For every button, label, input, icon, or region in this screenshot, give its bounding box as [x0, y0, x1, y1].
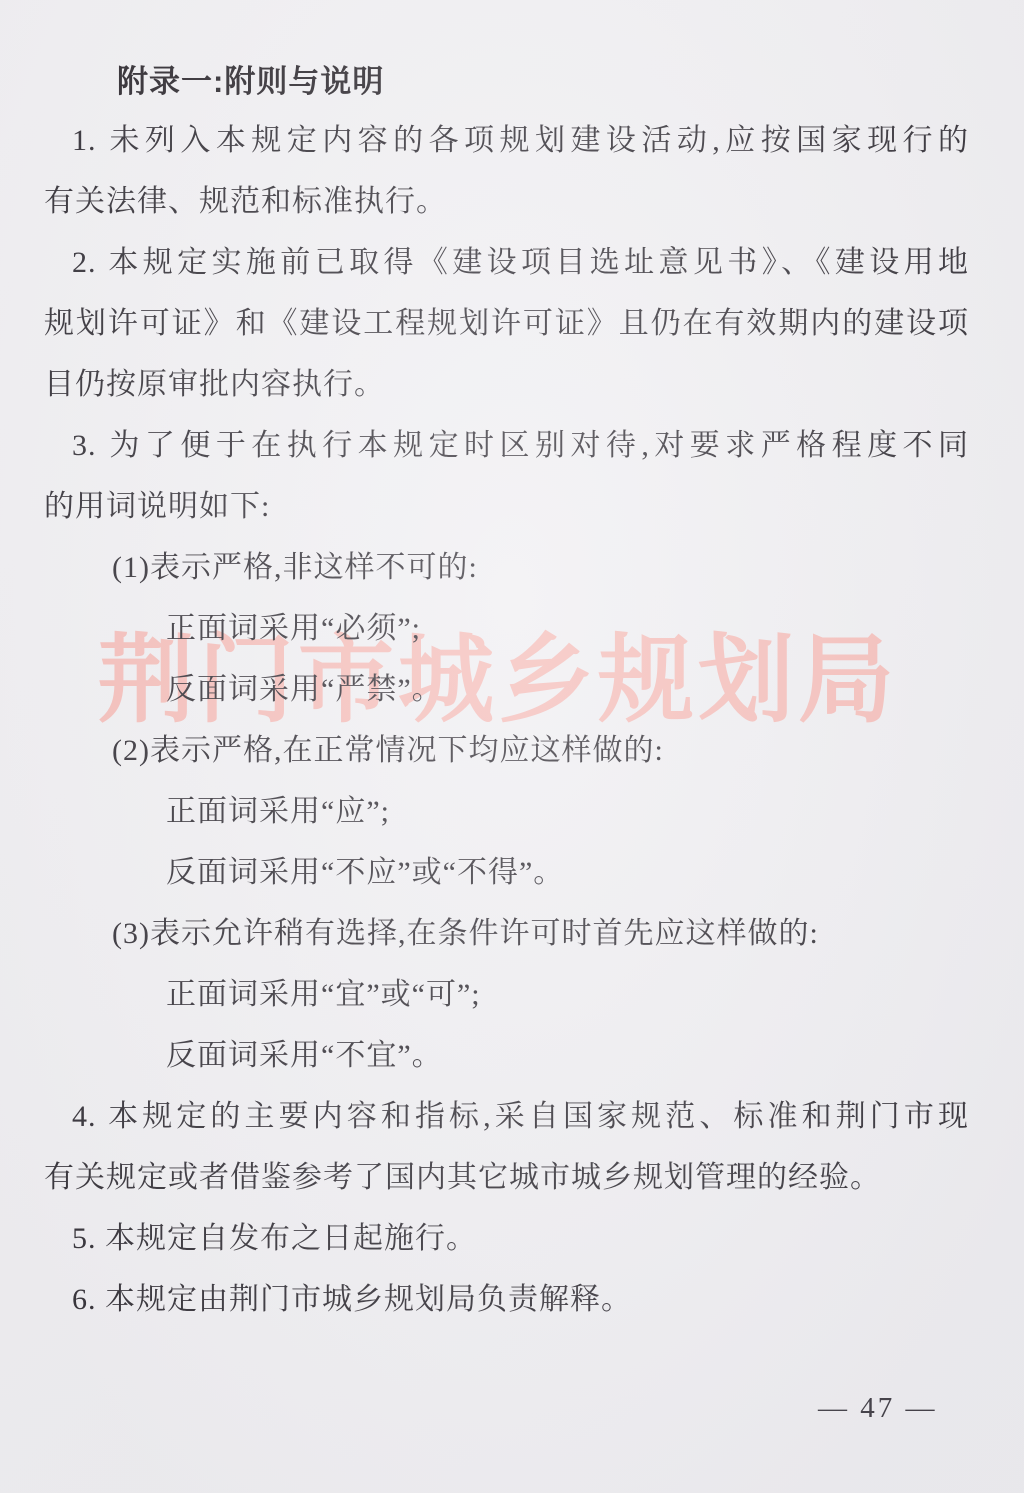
clause-line: (1)表示严格,非这样不可的:: [44, 537, 969, 598]
paragraph-line: 2. 本规定实施前已取得《建设项目选址意见书》、《建设用地: [44, 232, 969, 293]
paragraph-line: 有关法律、规范和标准执行。: [44, 171, 969, 232]
paragraph-line: 4. 本规定的主要内容和指标,采自国家规范、标准和荆门市现: [44, 1086, 969, 1147]
paragraph-line: 6. 本规定由荆门市城乡规划局负责解释。: [44, 1269, 969, 1330]
term-line: 反面词采用“不应”或“不得”。: [44, 842, 969, 903]
paragraph-line: 有关规定或者借鉴参考了国内其它城市城乡规划管理的经验。: [44, 1147, 969, 1208]
scanned-document-page: 荆门市城乡规划局 附录一:附则与说明 1. 未列入本规定内容的各项规划建设活动,…: [0, 0, 1024, 1493]
clause-line: (3)表示允许稍有选择,在条件许可时首先应这样做的:: [44, 903, 969, 964]
paragraph-line: 规划许可证》和《建设工程规划许可证》且仍在有效期内的建设项: [44, 293, 969, 354]
clause-line: (2)表示严格,在正常情况下均应这样做的:: [44, 720, 969, 781]
page-number: — 47 —: [818, 1392, 938, 1425]
document-body: 1. 未列入本规定内容的各项规划建设活动,应按国家现行的 有关法律、规范和标准执…: [44, 110, 969, 1330]
paragraph-line: 的用词说明如下:: [44, 476, 969, 537]
appendix-title: 附录一:附则与说明: [117, 56, 384, 101]
paragraph-line: 3. 为了便于在执行本规定时区别对待,对要求严格程度不同: [44, 415, 969, 476]
term-line: 反面词采用“不宜”。: [44, 1025, 969, 1086]
paragraph-line: 目仍按原审批内容执行。: [44, 354, 969, 415]
term-line: 正面词采用“应”;: [44, 781, 969, 842]
term-line: 正面词采用“宜”或“可”;: [44, 964, 969, 1025]
term-line: 正面词采用“必须”;: [44, 598, 969, 659]
paragraph-line: 1. 未列入本规定内容的各项规划建设活动,应按国家现行的: [44, 110, 969, 171]
term-line: 反面词采用“严禁”。: [44, 659, 969, 720]
paragraph-line: 5. 本规定自发布之日起施行。: [44, 1208, 969, 1269]
